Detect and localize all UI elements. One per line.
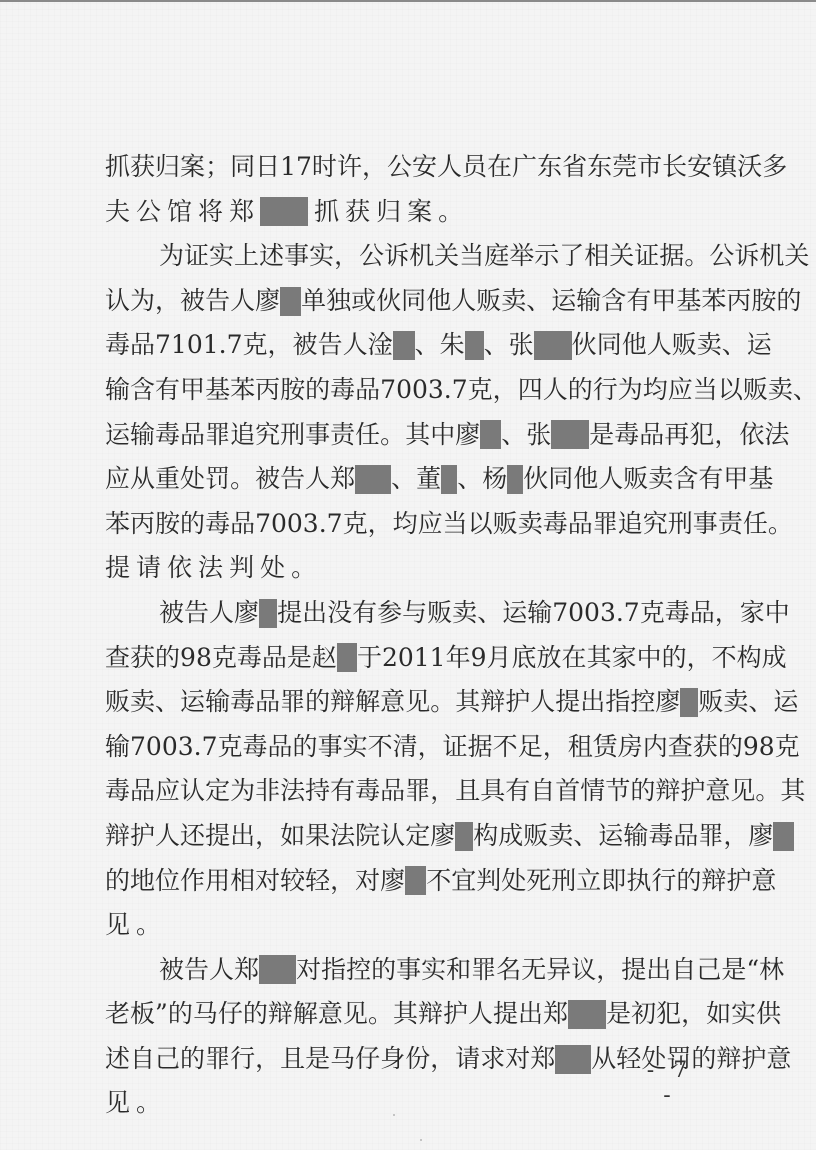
text-glyph: 相 [584,234,609,279]
redacted-name [551,420,589,449]
text-glyph: 任 [355,413,380,458]
text-glyph: 赵 [312,636,337,681]
text-glyph: 控 [346,948,371,993]
text-glyph: 实 [421,948,446,993]
text-glyph: 公 [709,234,734,279]
text-glyph: 犯 [689,413,714,458]
line-content: 抓获归案；同日17时许，公安人员在广东省东莞市长安镇沃多 [105,145,787,190]
text-glyph: 、 [391,457,416,502]
text-glyph: 且 [280,1037,305,1082]
line-content: 输7003.7克毒品的事实不清，证据不足，租赁房内查获的98克 [105,725,800,770]
text-glyph: 见 [105,1081,130,1126]
text-glyph: 他 [622,323,647,368]
text-line: 应从重处罚。被告人郑、董、杨伙同他人贩卖含有甲基 [105,457,713,502]
text-glyph: 以 [468,502,493,547]
text-glyph: 人 [437,145,462,190]
text-glyph: 为 [130,279,155,324]
text-glyph: 首 [555,769,580,814]
text-glyph: 请 [455,1037,480,1082]
text-glyph: 人 [305,457,330,502]
text-glyph: 罚 [205,457,230,502]
redacted-name [534,331,572,360]
text-glyph: 为 [159,234,184,279]
text-glyph: ， [330,859,355,904]
text-glyph: 输 [205,680,230,725]
text-glyph: 抓 [105,145,130,190]
text-glyph: 求 [480,1037,505,1082]
text-glyph: 卖 [130,680,155,725]
text-glyph: 足 [518,725,543,770]
text-glyph: 毒 [614,413,639,458]
text-glyph: ， [368,502,393,547]
text-glyph: 的 [305,680,330,725]
text-glyph: 意 [380,680,405,725]
text-glyph: 为 [230,769,255,814]
text-glyph: 非 [255,769,280,814]
text-glyph: 行 [651,859,676,904]
text-glyph: 被 [293,323,318,368]
text-glyph: 依 [167,546,192,591]
text-glyph: 员 [462,145,487,190]
text-glyph: ， [255,1037,280,1082]
text-glyph: 自 [130,1037,155,1082]
text-glyph: 己 [696,948,721,993]
text-glyph: 安 [412,145,437,190]
text-glyph: 输 [105,368,130,413]
text-glyph: 是 [721,948,746,993]
text-glyph: 案 [180,145,205,190]
text-line: 的地位作用相对较轻，对廖不宜判处死刑立即执行的辩护意 [105,859,713,904]
text-glyph: 、 [573,814,598,859]
line-content: 为证实上述事实，公诉机关当庭举示了相关证据。公诉机关 [159,234,809,279]
text-glyph: ” [155,992,168,1037]
text-glyph: ， [255,814,280,859]
text-glyph: 品 [355,368,380,413]
text-line: 认为，被告人廖单独或伙同他人贩卖、运输含有甲基苯丙胺的 [105,279,713,324]
text-glyph: 获 [345,190,370,235]
text-glyph: 事 [396,948,421,993]
text-glyph: 当 [693,368,718,413]
text-glyph: 处 [260,546,285,591]
text-glyph: 辩 [716,1037,741,1082]
text-glyph: 、 [457,457,482,502]
text-glyph: 被 [159,591,184,636]
text-glyph: 2011 [382,636,446,681]
text-glyph: 中 [765,591,790,636]
text-glyph: ， [268,323,293,368]
redacted-name [455,822,473,851]
text-glyph: 初 [631,992,656,1037]
text-glyph: 法 [330,814,355,859]
text-glyph: 品 [262,636,287,681]
text-glyph: 是 [606,992,631,1037]
text-glyph: 庭 [484,234,509,279]
text-glyph: 执 [626,859,651,904]
text-glyph: 位 [155,859,180,904]
text-glyph: 东 [587,145,612,190]
text-line: 输含有甲基苯丙胺的毒品7003.7克，四人的行为均应当以贩卖、 [105,368,713,413]
text-glyph: 判 [476,859,501,904]
text-glyph: 甲 [651,279,676,324]
text-glyph: 见 [343,992,368,1037]
text-glyph: 在 [487,145,512,190]
text-glyph: 出 [646,948,671,993]
text-glyph: 毒 [243,725,268,770]
text-glyph: 有 [698,457,723,502]
text-glyph: 从 [130,457,155,502]
text-line: 毒品7101.7克，被告人淦、朱、张伙同他人贩卖、运 [105,323,713,368]
line-content: 见。 [105,903,161,948]
text-glyph: 。 [438,190,463,235]
text-line: 贩卖、运输毒品罪的辩解意见。其辩护人提出指控廖贩卖、运 [105,680,713,725]
text-glyph: 单 [301,279,326,324]
text-glyph: 其 [393,992,418,1037]
text-glyph: 廖 [255,279,280,324]
text-glyph: 伙 [523,457,548,502]
text-glyph: 马 [330,1037,355,1082]
text-glyph: 甲 [180,368,205,413]
text-glyph: 实 [731,992,756,1037]
text-glyph: 运 [551,279,576,324]
text-glyph: 毒 [237,636,262,681]
line-content: 老板”的马仔的辩解意见。其辩护人提出郑是初犯，如实供 [105,992,781,1037]
text-glyph: 杨 [482,457,507,502]
text-glyph: 告 [280,457,305,502]
text-glyph: 查 [668,725,693,770]
text-glyph: 实 [309,234,334,279]
text-glyph: 己 [155,1037,180,1082]
line-content: 夫公馆将郑抓获归案。 [105,190,463,235]
text-glyph: 诉 [384,234,409,279]
text-line: 运输毒品罪追究刑事责任。其中廖、张是毒品再犯，依法 [105,413,713,458]
text-glyph: ， [430,769,455,814]
text-glyph: 人 [647,323,672,368]
line-content: 毒品应认定为非法持有毒品罪，且具有自首情节的辩护意见。其 [105,769,805,814]
text-glyph: 关 [434,234,459,279]
text-glyph: 对 [505,1037,530,1082]
text-glyph: 法 [198,546,223,591]
text-glyph: ， [596,948,621,993]
text-glyph: 事 [284,234,309,279]
text-line: 抓获归案；同日17时许，公安人员在广东省东莞市长安镇沃多 [105,145,713,190]
text-glyph: 法 [280,769,305,814]
text-glyph: 定 [205,769,230,814]
redacted-name [337,643,357,672]
text-glyph: 运 [105,413,130,458]
text-glyph: 提 [205,814,230,859]
text-glyph: 人 [543,368,568,413]
text-glyph: 有 [330,769,355,814]
page-number: - 7 - [640,1058,700,1108]
text-glyph: 丙 [726,279,751,324]
text-glyph: 罪 [471,948,496,993]
text-glyph: 、 [793,368,816,413]
scan-speck [336,700,338,702]
text-glyph: 郑 [234,948,259,993]
text-glyph: 刑 [668,502,693,547]
text-glyph: 对 [255,859,280,904]
line-content: 的地位作用相对较轻，对廖不宜判处死刑立即执行的辩护意 [105,859,776,904]
text-glyph: 指 [605,680,630,725]
text-glyph: 任 [743,502,768,547]
text-glyph: 重 [155,457,180,502]
text-glyph: 护 [130,814,155,859]
text-glyph: 输 [105,725,130,770]
text-glyph: 在 [562,636,587,681]
text-glyph: 认 [105,279,130,324]
text-glyph: 毒 [543,502,568,547]
text-glyph: 、 [477,591,502,636]
text-glyph: ， [362,145,387,190]
text-glyph: 是 [305,1037,330,1082]
text-glyph: 长 [662,145,687,190]
text-glyph: 议 [571,948,596,993]
text-glyph: 自 [671,948,696,993]
text-glyph: 苯 [230,368,255,413]
text-glyph: ， [681,992,706,1037]
text-glyph: 输 [576,279,601,324]
text-glyph: 应 [668,368,693,413]
text-glyph: 毒 [230,680,255,725]
text-glyph: 护 [505,680,530,725]
text-glyph: 份 [405,1037,430,1082]
text-glyph: 毒 [648,814,673,859]
text-glyph: 告 [184,591,209,636]
line-content: 认为，被告人廖单独或伙同他人贩卖、运输含有甲基苯丙胺的 [105,279,801,324]
text-line: 夫公馆将郑抓获归案。 [105,190,713,235]
text-glyph: 运 [747,323,772,368]
text-glyph: 归 [376,190,401,235]
text-glyph: 持 [305,769,330,814]
text-glyph: 如 [706,992,731,1037]
redacted-name [465,331,484,360]
text-glyph: 运 [773,680,798,725]
text-glyph: 述 [259,234,284,279]
text-glyph: 公 [359,234,384,279]
text-glyph: 均 [643,368,668,413]
text-glyph: 护 [726,859,751,904]
line-content: 见。 [105,1081,161,1126]
text-glyph: 董 [416,457,441,502]
text-glyph: 年 [446,636,471,681]
redacted-name [680,688,698,717]
text-glyph: 郑 [330,457,355,502]
text-glyph: 获 [693,725,718,770]
text-glyph: 解 [293,992,318,1037]
text-glyph: 克 [218,725,243,770]
text-glyph: 同 [597,323,622,368]
text-line: 查获的98克毒品是赵于2011年9月底放在其家中的，不构成 [105,636,713,681]
text-glyph: 卖 [518,502,543,547]
redacted-name [393,331,415,360]
text-glyph: 房 [618,725,643,770]
text-glyph: 辩 [655,769,680,814]
text-glyph: 用 [205,859,230,904]
text-glyph: 含 [130,368,155,413]
text-glyph: 含 [673,457,698,502]
text-glyph: 四 [518,368,543,413]
text-glyph: 的 [568,368,593,413]
text-glyph: 放 [537,636,562,681]
text-glyph: 公 [136,190,161,235]
text-line: 辩护人还提出，如果法院认定廖构成贩卖、运输毒品罪，廖 [105,814,713,859]
text-glyph: 提 [493,992,518,1037]
text-glyph: 人 [530,680,555,725]
text-glyph: 品 [568,502,593,547]
redacted-name [773,822,794,851]
text-glyph: 事 [318,725,343,770]
text-glyph: 98 [180,636,212,681]
text-glyph: 关 [609,234,634,279]
redacted-name [507,465,523,494]
line-content: 被告人廖提出没有参与贩卖、运输7003.7克毒品，家中 [159,591,790,636]
text-glyph: 构 [737,636,762,681]
text-glyph: 内 [643,725,668,770]
text-glyph: 应 [155,769,180,814]
text-glyph: 品 [130,323,155,368]
text-glyph: 见 [730,769,755,814]
text-glyph: 的 [243,992,268,1037]
text-glyph: 行 [593,368,618,413]
text-glyph: ； [205,145,230,190]
text-glyph: 的 [180,1037,205,1082]
text-glyph: 输 [623,814,648,859]
text-glyph: ， [687,636,712,681]
text-glyph: 查 [105,636,130,681]
text-glyph: 应 [105,457,130,502]
redacted-name [568,1000,606,1029]
redacted-name [355,465,391,494]
text-glyph: 归 [155,145,180,190]
text-glyph: 底 [512,636,537,681]
text-glyph: 克 [640,591,665,636]
text-glyph: 事 [693,502,718,547]
text-glyph: 夫 [105,190,130,235]
text-glyph: 贩 [476,279,501,324]
text-glyph: 。 [136,1081,161,1126]
text-line: 为证实上述事实，公诉机关当庭举示了相关证据。公诉机关 [105,234,713,279]
text-glyph: 证 [184,234,209,279]
text-glyph: 东 [537,145,562,190]
text-glyph: 运 [502,591,527,636]
text-glyph: 月 [487,636,512,681]
text-glyph: 人 [598,457,623,502]
text-glyph: 没 [327,591,352,636]
text-glyph: 廖 [655,680,680,725]
text-glyph: 。 [430,680,455,725]
text-glyph: 品 [130,769,155,814]
text-glyph: 清 [393,725,418,770]
text-glyph: 供 [756,992,781,1037]
line-content: 被告人郑对指控的事实和罪名无异议，提出自己是“林 [159,948,784,993]
text-glyph: 举 [509,234,534,279]
text-glyph: 告 [184,948,209,993]
text-glyph: 品 [255,680,280,725]
text-glyph: 罪 [280,680,305,725]
text-glyph: 朱 [440,323,465,368]
text-glyph: 品 [639,413,664,458]
text-glyph: 莞 [612,145,637,190]
text-glyph: 品 [380,769,405,814]
text-glyph: 出 [230,814,255,859]
text-glyph: 构 [473,814,498,859]
text-glyph: 含 [601,279,626,324]
text-glyph: 输 [130,413,155,458]
text-glyph: 罪 [405,769,430,814]
text-glyph: 请 [136,546,161,591]
text-glyph: 的 [155,636,180,681]
text-glyph: 。 [768,502,793,547]
text-glyph: 其 [455,680,480,725]
text-glyph: 7003.7 [380,368,467,413]
text-glyph: 7003.7 [255,502,342,547]
text-glyph: 安 [687,145,712,190]
text-glyph: 不 [493,725,518,770]
text-glyph: 或 [351,279,376,324]
text-glyph: 贩 [105,680,130,725]
text-glyph: 输 [527,591,552,636]
text-glyph: 指 [321,948,346,993]
text-glyph: 廖 [748,814,773,859]
text-glyph: 的 [662,636,687,681]
text-glyph: 省 [562,145,587,190]
text-glyph: 、 [415,323,440,368]
text-glyph: 意 [751,859,776,904]
text-glyph: 中 [637,636,662,681]
text-glyph: 示 [534,234,559,279]
text-glyph: 事 [305,413,330,458]
text-glyph: 罪 [593,502,618,547]
text-glyph: 认 [180,769,205,814]
text-glyph: 同 [548,457,573,502]
text-glyph: 丙 [130,502,155,547]
text-glyph: 林 [759,948,784,993]
line-content: 苯丙胺的毒品7003.7克，均应当以贩卖毒品罪追究刑事责任。 [105,502,793,547]
text-glyph: 均 [393,502,418,547]
text-glyph: 人 [155,814,180,859]
text-glyph: 述 [105,1037,130,1082]
text-glyph: 辩 [105,814,130,859]
scan-speck [420,1139,422,1141]
body-text: 抓获归案；同日17时许，公安人员在广东省东莞市长安镇沃多夫公馆将郑抓获归案。为证… [105,145,713,1126]
text-glyph: 果 [305,814,330,859]
text-glyph: 日 [255,145,280,190]
text-glyph: ， [543,725,568,770]
text-glyph: 具 [480,769,505,814]
redacted-name [259,955,296,984]
text-glyph: 贩 [523,814,548,859]
text-glyph: 。 [368,992,393,1037]
text-glyph: 。 [291,546,316,591]
text-glyph: 公 [387,145,412,190]
text-glyph: 基 [205,368,230,413]
text-glyph: 被 [159,948,184,993]
text-glyph: 辩 [418,992,443,1037]
text-glyph: 意 [705,769,730,814]
text-glyph: 辩 [480,680,505,725]
text-glyph: 是 [589,413,614,458]
text-glyph: 、 [501,413,526,458]
text-glyph: 卖 [697,323,722,368]
text-glyph: 同 [230,145,255,190]
text-glyph: 卖 [648,457,673,502]
text-glyph: 即 [601,859,626,904]
text-glyph: 、 [722,323,747,368]
text-glyph: 人 [468,992,493,1037]
text-glyph: 克 [243,323,268,368]
text-glyph: 处 [501,859,526,904]
text-glyph: 的 [630,769,655,814]
